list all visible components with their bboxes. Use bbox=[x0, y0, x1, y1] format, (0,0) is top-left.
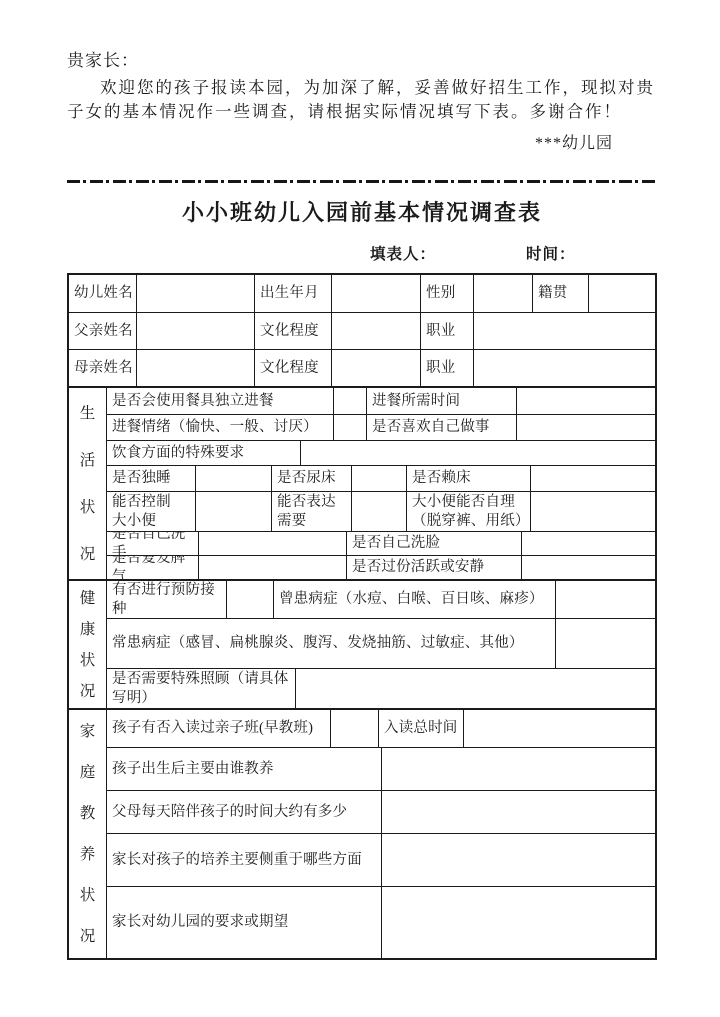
field-label: 常患病症（感冒、扁桃腺炎、腹泻、发烧抽筋、过敏症、其他） bbox=[112, 634, 524, 652]
field-label-cell: 是否过份活跃或安静 bbox=[347, 556, 522, 579]
form-title: 小小班幼儿入园前基本情况调查表 bbox=[67, 196, 657, 227]
field-label: 是否自己洗手 bbox=[112, 532, 195, 555]
filler-label: 填表人： bbox=[370, 242, 436, 264]
field-label-cell: 是否需要特殊照顾（请具体写明） bbox=[107, 669, 296, 708]
table-row: 孩子有否入读过亲子班(早教班)入读总时间 bbox=[107, 710, 655, 747]
table-row: 家长对孩子的培养主要侧重于哪些方面 bbox=[107, 833, 655, 886]
input-cell[interactable] bbox=[227, 581, 274, 618]
table-row: 是否爱发脾气是否过份活跃或安静 bbox=[107, 555, 655, 579]
input-cell[interactable] bbox=[352, 466, 407, 491]
field-label: 是否爱发脾气 bbox=[112, 556, 195, 579]
input-cell[interactable] bbox=[464, 710, 655, 747]
input-cell[interactable] bbox=[332, 275, 421, 312]
table-row: 父亲姓名文化程度职业 bbox=[69, 312, 655, 349]
input-cell[interactable] bbox=[556, 581, 655, 618]
field-label: 出生年月 bbox=[260, 284, 319, 302]
section-rows: 孩子有否入读过亲子班(早教班)入读总时间孩子出生后主要由谁教养父母每天陪伴孩子的… bbox=[107, 710, 655, 958]
field-label: 幼儿姓名 bbox=[74, 284, 133, 302]
field-label-cell: 是否自己洗脸 bbox=[347, 532, 522, 555]
field-label: 大小便能否自理 （脱穿裤、用纸） bbox=[412, 493, 527, 529]
input-cell[interactable] bbox=[517, 388, 655, 414]
input-cell[interactable] bbox=[199, 556, 347, 579]
table-row: 进餐情绪（愉快、一般、讨厌）是否喜欢自己做事 bbox=[107, 414, 655, 440]
input-cell[interactable] bbox=[382, 748, 655, 790]
table-row: 是否需要特殊照顾（请具体写明） bbox=[107, 668, 655, 708]
field-label: 能否控制 大小便 bbox=[112, 493, 171, 529]
field-label: 进餐所需时间 bbox=[372, 392, 460, 410]
intro-paragraph: 欢迎您的孩子报读本园，为加深了解，妥善做好招生工作，现拟对贵子女的基本情况作一些… bbox=[67, 76, 657, 123]
field-label-cell: 文化程度 bbox=[255, 350, 332, 386]
field-label-cell: 曾患病症（水痘、白喉、百日咳、麻疹） bbox=[274, 581, 556, 618]
input-cell[interactable] bbox=[474, 350, 655, 386]
field-label: 曾患病症（水痘、白喉、百日咳、麻疹） bbox=[279, 590, 544, 608]
table-row: 家长对幼儿园的要求或期望 bbox=[107, 886, 655, 958]
input-cell[interactable] bbox=[331, 710, 379, 747]
field-label: 文化程度 bbox=[260, 359, 319, 377]
field-label-cell: 是否爱发脾气 bbox=[107, 556, 199, 579]
field-label-cell: 父亲姓名 bbox=[69, 313, 137, 349]
input-cell[interactable] bbox=[332, 350, 421, 386]
field-label: 是否独睡 bbox=[112, 469, 171, 487]
document-page: 贵家长： 欢迎您的孩子报读本园，为加深了解，妥善做好招生工作，现拟对贵子女的基本… bbox=[0, 0, 720, 1017]
input-cell[interactable] bbox=[352, 492, 407, 531]
table-row: 是否会使用餐具独立进餐进餐所需时间 bbox=[107, 388, 655, 414]
field-label-cell: 父母每天陪伴孩子的时间大约有多少 bbox=[107, 791, 382, 833]
table-row: 孩子出生后主要由谁教养 bbox=[107, 747, 655, 790]
field-label: 父母每天陪伴孩子的时间大约有多少 bbox=[112, 803, 347, 821]
field-label: 孩子有否入读过亲子班(早教班) bbox=[112, 719, 313, 737]
field-label: 是否需要特殊照顾（请具体写明） bbox=[112, 670, 292, 706]
input-cell[interactable] bbox=[137, 313, 255, 349]
section-header-text: 家庭教养状况 bbox=[79, 711, 97, 957]
field-label: 籍贯 bbox=[538, 284, 567, 302]
input-cell[interactable] bbox=[301, 441, 655, 465]
field-label: 是否赖床 bbox=[412, 469, 471, 487]
field-label-cell: 性别 bbox=[421, 275, 474, 312]
field-label-cell: 常患病症（感冒、扁桃腺炎、腹泻、发烧抽筋、过敏症、其他） bbox=[107, 619, 556, 668]
field-label-cell: 是否赖床 bbox=[407, 466, 531, 491]
input-cell[interactable] bbox=[531, 492, 655, 531]
field-label-cell: 有否进行预防接种 bbox=[107, 581, 227, 618]
salutation: 贵家长： bbox=[67, 46, 657, 71]
field-label: 能否表达 需要 bbox=[277, 493, 336, 529]
field-label-cell: 家长对幼儿园的要求或期望 bbox=[107, 887, 382, 958]
field-label-cell: 是否会使用餐具独立进餐 bbox=[107, 388, 334, 414]
filler-input-area[interactable] bbox=[436, 246, 526, 264]
input-cell[interactable] bbox=[382, 834, 655, 886]
field-label-cell: 是否自己洗手 bbox=[107, 532, 199, 555]
field-label-cell: 文化程度 bbox=[255, 313, 332, 349]
field-label: 孩子出生后主要由谁教养 bbox=[112, 760, 274, 778]
input-cell[interactable] bbox=[556, 619, 655, 668]
input-cell[interactable] bbox=[522, 556, 655, 579]
field-label-cell: 孩子出生后主要由谁教养 bbox=[107, 748, 382, 790]
table-row: 能否控制 大小便能否表达 需要大小便能否自理 （脱穿裤、用纸） bbox=[107, 491, 655, 531]
field-label: 是否过份活跃或安静 bbox=[352, 558, 484, 576]
field-label: 母亲姓名 bbox=[74, 359, 133, 377]
input-cell[interactable] bbox=[589, 275, 655, 312]
field-label-cell: 入读总时间 bbox=[379, 710, 464, 747]
table-row: 有否进行预防接种曾患病症（水痘、白喉、百日咳、麻疹） bbox=[107, 581, 655, 618]
section-header-life: 生活状况 bbox=[69, 388, 107, 579]
field-label-cell: 家长对孩子的培养主要侧重于哪些方面 bbox=[107, 834, 382, 886]
meta-row: 填表人： 时间： bbox=[67, 242, 657, 264]
table-row: 是否独睡是否尿床是否赖床 bbox=[107, 465, 655, 491]
table-row: 是否自己洗手是否自己洗脸 bbox=[107, 531, 655, 555]
table-row: 常患病症（感冒、扁桃腺炎、腹泻、发烧抽筋、过敏症、其他） bbox=[107, 618, 655, 668]
section-rows: 幼儿姓名出生年月性别籍贯父亲姓名文化程度职业母亲姓名文化程度职业 bbox=[69, 275, 655, 386]
field-label: 文化程度 bbox=[260, 322, 319, 340]
table-row: 母亲姓名文化程度职业 bbox=[69, 349, 655, 386]
field-label: 家长对孩子的培养主要侧重于哪些方面 bbox=[112, 851, 362, 869]
field-label: 父亲姓名 bbox=[74, 322, 133, 340]
section-header-text: 健康状况 bbox=[79, 583, 97, 707]
section-header-health: 健康状况 bbox=[69, 581, 107, 708]
table-section-basic: 幼儿姓名出生年月性别籍贯父亲姓名文化程度职业母亲姓名文化程度职业 bbox=[69, 275, 655, 386]
input-cell[interactable] bbox=[196, 492, 272, 531]
field-label-cell: 能否控制 大小便 bbox=[107, 492, 196, 531]
field-label-cell: 幼儿姓名 bbox=[69, 275, 137, 312]
table-row: 饮食方面的特殊要求 bbox=[107, 440, 655, 465]
field-label-cell: 籍贯 bbox=[533, 275, 589, 312]
field-label-cell: 是否喜欢自己做事 bbox=[367, 415, 517, 440]
table-row: 父母每天陪伴孩子的时间大约有多少 bbox=[107, 790, 655, 833]
dash-dot-divider bbox=[67, 180, 657, 183]
input-cell[interactable] bbox=[332, 313, 421, 349]
field-label: 饮食方面的特殊要求 bbox=[112, 444, 244, 462]
field-label-cell: 出生年月 bbox=[255, 275, 332, 312]
field-label-cell: 大小便能否自理 （脱穿裤、用纸） bbox=[407, 492, 531, 531]
field-label: 家长对幼儿园的要求或期望 bbox=[112, 913, 288, 931]
field-label: 是否尿床 bbox=[277, 469, 336, 487]
input-cell[interactable] bbox=[196, 466, 272, 491]
field-label-cell: 是否独睡 bbox=[107, 466, 196, 491]
input-cell[interactable] bbox=[296, 669, 655, 708]
input-cell[interactable] bbox=[382, 791, 655, 833]
table-section-family: 家庭教养状况孩子有否入读过亲子班(早教班)入读总时间孩子出生后主要由谁教养父母每… bbox=[69, 708, 655, 958]
field-label-cell: 职业 bbox=[421, 313, 474, 349]
survey-table: 幼儿姓名出生年月性别籍贯父亲姓名文化程度职业母亲姓名文化程度职业生活状况是否会使… bbox=[67, 273, 657, 960]
field-label: 是否喜欢自己做事 bbox=[372, 418, 490, 436]
table-section-health: 健康状况有否进行预防接种曾患病症（水痘、白喉、百日咳、麻疹）常患病症（感冒、扁桃… bbox=[69, 579, 655, 708]
field-label: 是否自己洗脸 bbox=[352, 534, 440, 552]
input-cell[interactable] bbox=[517, 415, 655, 440]
input-cell[interactable] bbox=[334, 415, 367, 440]
input-cell[interactable] bbox=[137, 275, 255, 312]
field-label: 职业 bbox=[426, 359, 455, 377]
input-cell[interactable] bbox=[474, 313, 655, 349]
time-input-area[interactable] bbox=[576, 246, 657, 264]
section-rows: 有否进行预防接种曾患病症（水痘、白喉、百日咳、麻疹）常患病症（感冒、扁桃腺炎、腹… bbox=[107, 581, 655, 708]
field-label: 入读总时间 bbox=[384, 719, 458, 737]
field-label-cell: 进餐所需时间 bbox=[367, 388, 517, 414]
section-header-family: 家庭教养状况 bbox=[69, 710, 107, 958]
table-section-life: 生活状况是否会使用餐具独立进餐进餐所需时间进餐情绪（愉快、一般、讨厌）是否喜欢自… bbox=[69, 386, 655, 579]
input-cell[interactable] bbox=[334, 388, 367, 414]
field-label: 职业 bbox=[426, 322, 455, 340]
input-cell[interactable] bbox=[531, 466, 655, 491]
table-row: 幼儿姓名出生年月性别籍贯 bbox=[69, 275, 655, 312]
input-cell[interactable] bbox=[474, 275, 533, 312]
field-label: 进餐情绪（愉快、一般、讨厌） bbox=[112, 418, 318, 436]
time-label: 时间： bbox=[526, 242, 576, 264]
field-label-cell: 母亲姓名 bbox=[69, 350, 137, 386]
section-rows: 是否会使用餐具独立进餐进餐所需时间进餐情绪（愉快、一般、讨厌）是否喜欢自己做事饮… bbox=[107, 388, 655, 579]
field-label-cell: 孩子有否入读过亲子班(早教班) bbox=[107, 710, 331, 747]
field-label-cell: 进餐情绪（愉快、一般、讨厌） bbox=[107, 415, 334, 440]
field-label: 是否会使用餐具独立进餐 bbox=[112, 392, 274, 410]
kindergarten-signature: ***幼儿园 bbox=[67, 130, 657, 153]
input-cell[interactable] bbox=[382, 887, 655, 958]
field-label-cell: 职业 bbox=[421, 350, 474, 386]
input-cell[interactable] bbox=[522, 532, 655, 555]
section-header-text: 生活状况 bbox=[79, 390, 97, 578]
field-label-cell: 饮食方面的特殊要求 bbox=[107, 441, 301, 465]
input-cell[interactable] bbox=[199, 532, 347, 555]
field-label-cell: 能否表达 需要 bbox=[272, 492, 352, 531]
input-cell[interactable] bbox=[137, 350, 255, 386]
field-label: 性别 bbox=[426, 284, 455, 302]
field-label: 有否进行预防接种 bbox=[112, 581, 223, 617]
field-label-cell: 是否尿床 bbox=[272, 466, 352, 491]
